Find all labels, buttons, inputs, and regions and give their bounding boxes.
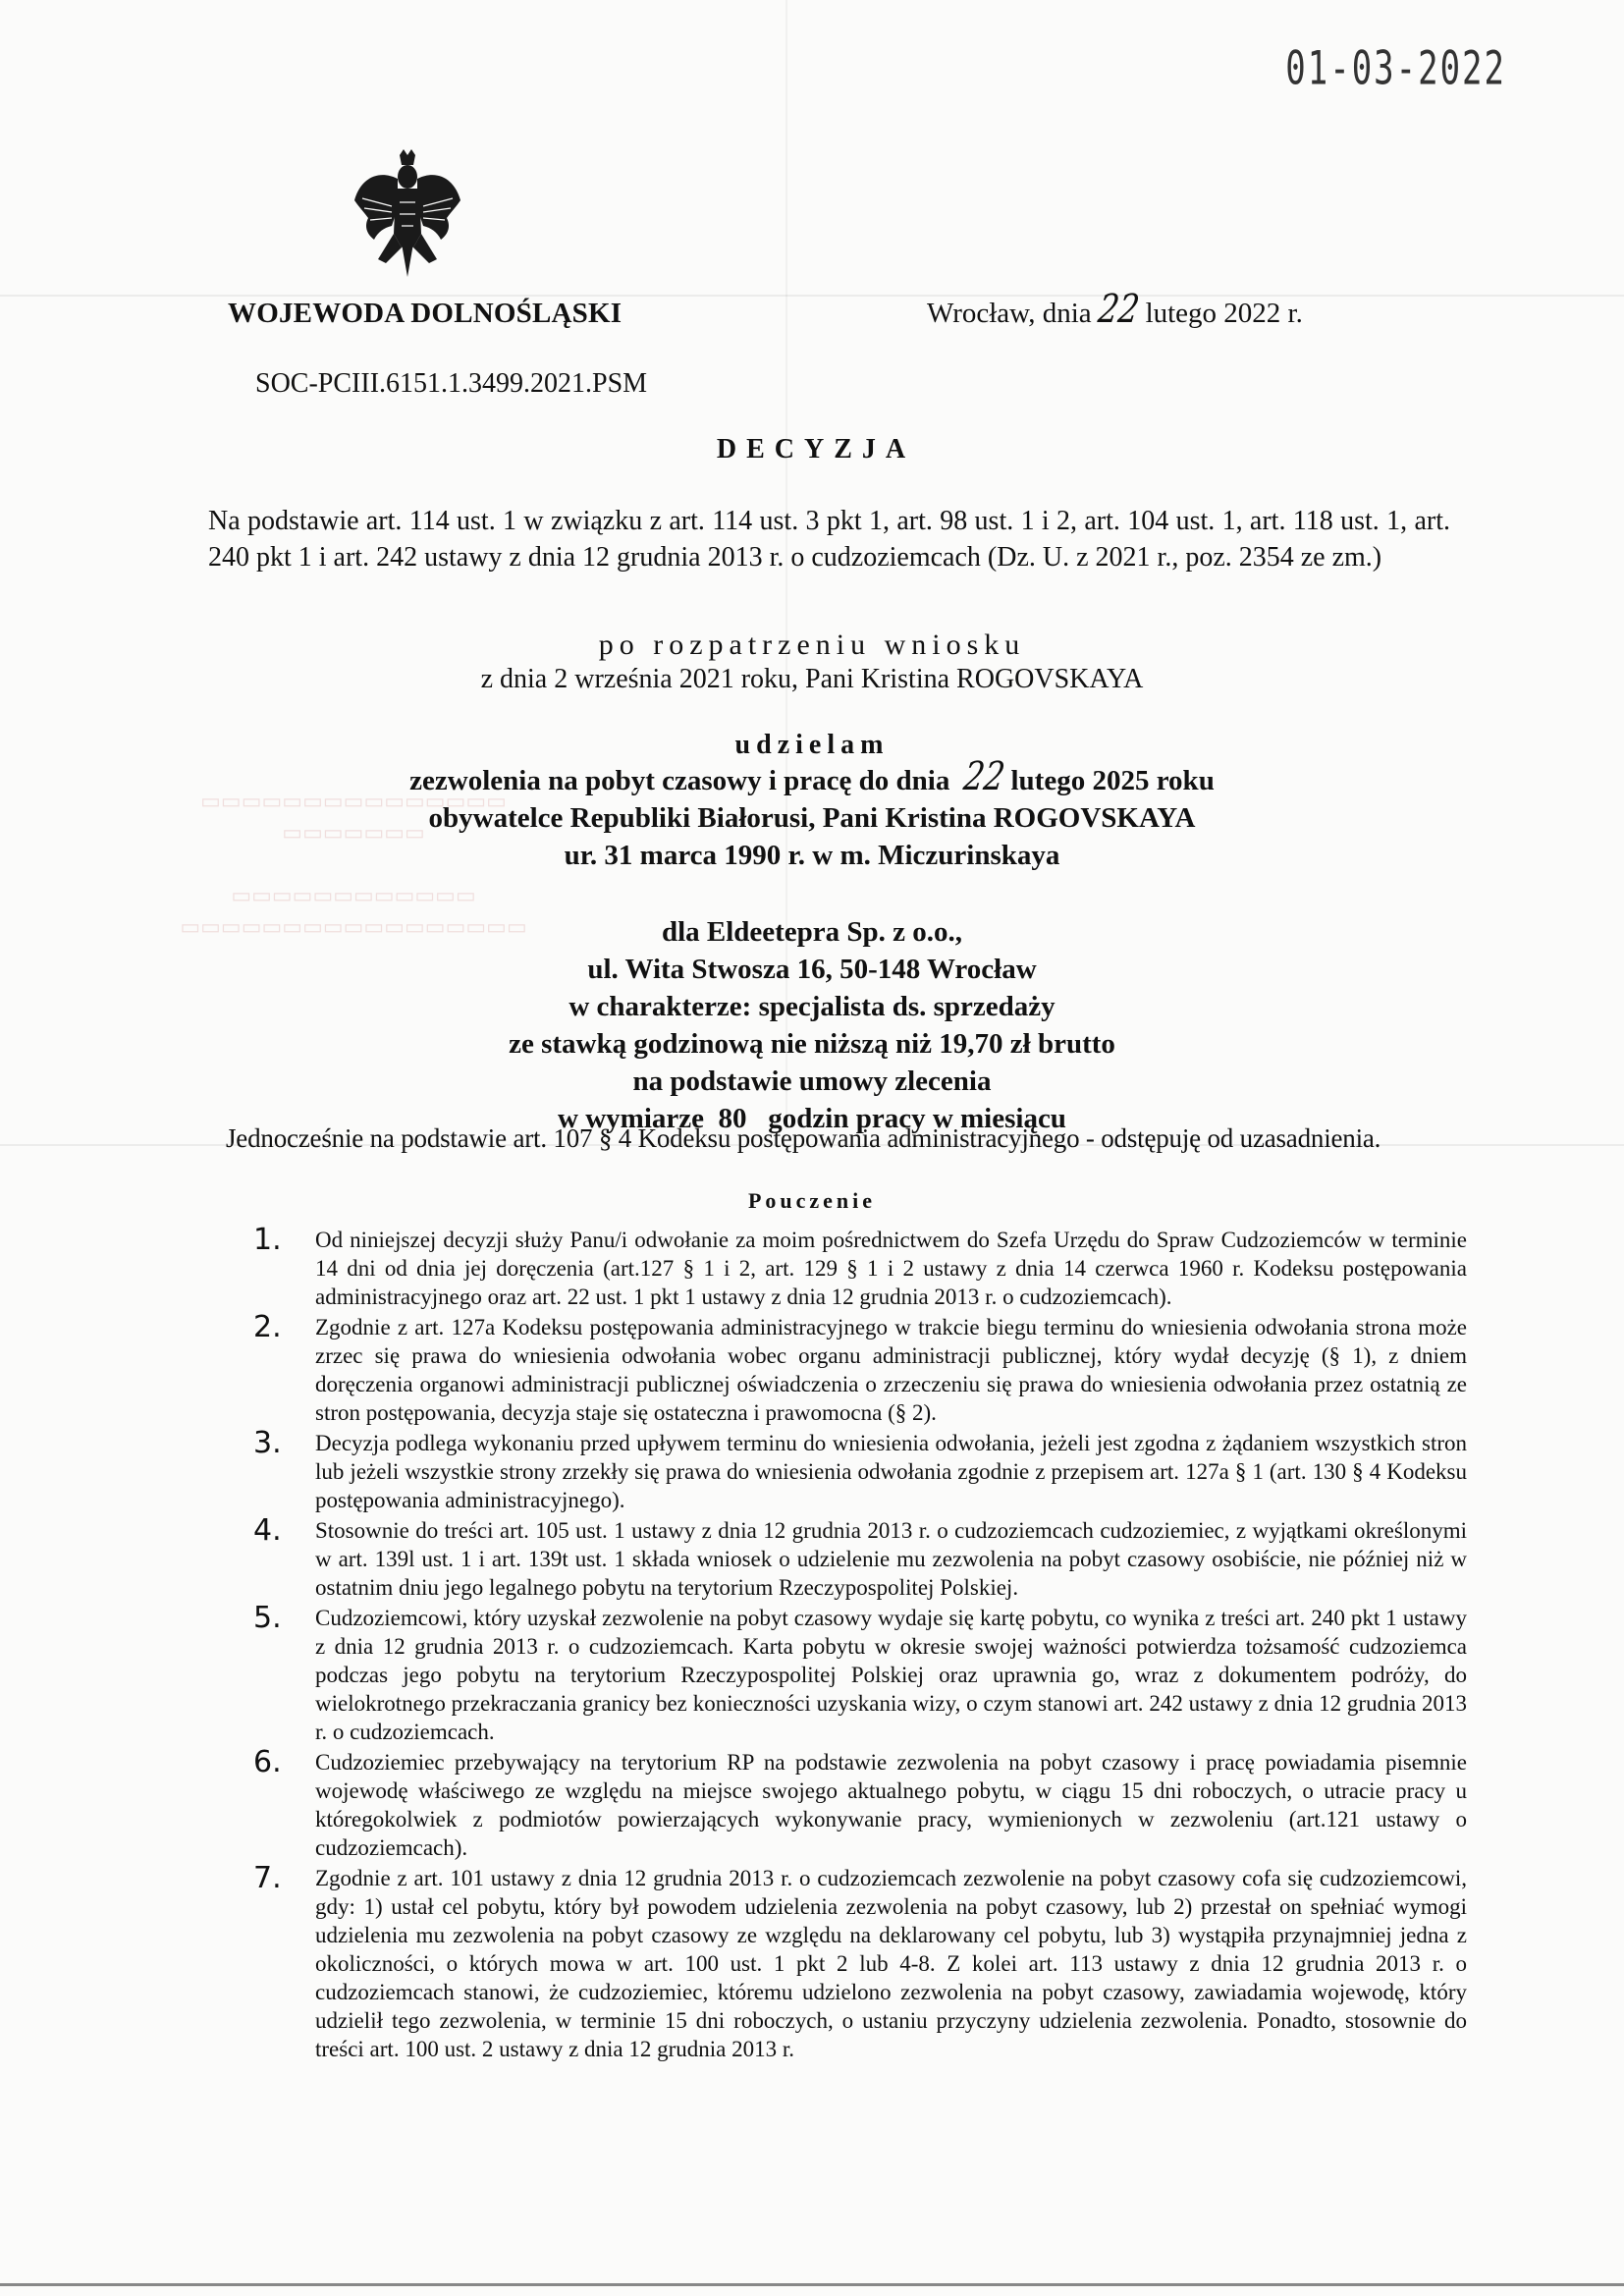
application-section: po rozpatrzeniu wniosku z dnia 2 wrześni… [0,629,1624,695]
application-heading: po rozpatrzeniu wniosku [0,629,1624,662]
birth-line: ur. 31 marca 1990 r. w m. Miczurinskaya [0,837,1624,874]
item-number: 1. [253,1226,282,1254]
document-page: ▭▭▭▭▭▭▭▭▭▭▭▭▭▭▭▭▭▭▭▭▭▭ ▭▭▭▭▭▭▭▭▭▭▭▭▭▭▭▭▭… [0,0,1624,2296]
position-line: w charakterze: specjalista ds. sprzedaży [0,988,1624,1025]
item-text: Stosownie do treści art. 105 ust. 1 usta… [315,1518,1467,1600]
employer-address: ul. Wita Stwosza 16, 50-148 Wrocław [0,951,1624,988]
document-title: DECYZJA [0,434,1624,465]
issuing-authority: WOJEWODA DOLNOŚLĄSKI [228,298,622,330]
permit-prefix: zezwolenia na pobyt czasowy i pracę do d… [409,765,949,796]
item-text: Decyzja podlega wykonaniu przed upływem … [315,1431,1467,1512]
legal-basis-paragraph: Na podstawie art. 114 ust. 1 w związku z… [208,503,1450,575]
application-date-line: z dnia 2 września 2021 roku, Pani Kristi… [0,664,1624,695]
grant-heading: udzielam [0,729,1624,762]
employer-line: dla Eldeetepra Sp. z o.o., [0,913,1624,951]
instruction-item: 7.Zgodnie z art. 101 ustawy z dnia 12 gr… [253,1864,1467,2063]
item-text: Od niniejszej decyzji służy Panu/i odwoł… [315,1228,1467,1309]
instruction-item: 4.Stosownie do treści art. 105 ust. 1 us… [253,1516,1467,1602]
grant-details: zezwolenia na pobyt czasowy i pracę do d… [0,762,1624,1137]
scan-bottom-edge [0,2283,1624,2286]
item-number: 4. [253,1516,282,1545]
item-number: 6. [253,1748,282,1777]
instruction-item: 5.Cudzoziemcowi, który uzyskał zezwoleni… [253,1604,1467,1746]
instructions-title: Pouczenie [0,1188,1624,1214]
place-prefix: Wrocław, dnia [927,298,1092,329]
citizen-line: obywatelce Republiki Białorusi, Pani Kri… [0,799,1624,837]
issue-place-date: Wrocław, dnia22lutego 2022 r. [927,298,1303,330]
grant-section: udzielam zezwolenia na pobyt czasowy i p… [0,729,1624,1137]
polish-eagle-emblem-icon [349,149,466,283]
spacer [0,874,1624,913]
received-date-stamp: 01-03-2022 [1285,41,1506,96]
paper-fold-line [0,295,1624,297]
item-text: Cudzoziemiec przebywający na terytorium … [315,1750,1467,1860]
item-number: 3. [253,1429,282,1457]
case-number: SOC-PCIII.6151.1.3499.2021.PSM [255,368,647,400]
handwritten-permit-day: 22 [962,767,1005,787]
item-text: Zgodnie z art. 127a Kodeksu postępowania… [315,1315,1467,1425]
item-number: 7. [253,1864,282,1892]
item-text: Zgodnie z art. 101 ustawy z dnia 12 grud… [315,1866,1467,2061]
instruction-item: 2.Zgodnie z art. 127a Kodeksu postępowan… [253,1313,1467,1427]
item-text: Cudzoziemcowi, który uzyskał zezwolenie … [315,1606,1467,1744]
permit-suffix: lutego 2025 roku [1011,765,1215,796]
item-number: 2. [253,1313,282,1341]
instruction-item: 3.Decyzja podlega wykonaniu przed upływe… [253,1429,1467,1514]
instructions-list: 1.Od niniejszej decyzji służy Panu/i odw… [253,1226,1467,2065]
instruction-item: 1.Od niniejszej decyzji służy Panu/i odw… [253,1226,1467,1311]
date-suffix: lutego 2022 r. [1146,298,1303,329]
permit-line: zezwolenia na pobyt czasowy i pracę do d… [0,762,1624,799]
justification-waiver: Jednocześnie na podstawie art. 107 § 4 K… [226,1123,1380,1154]
handwritten-day: 22 [1097,300,1140,319]
instruction-item: 6.Cudzoziemiec przebywający na terytoriu… [253,1748,1467,1862]
item-number: 5. [253,1604,282,1632]
hourly-rate-line: ze stawką godzinową nie niższą niż 19,70… [0,1025,1624,1063]
contract-type-line: na podstawie umowy zlecenia [0,1063,1624,1100]
